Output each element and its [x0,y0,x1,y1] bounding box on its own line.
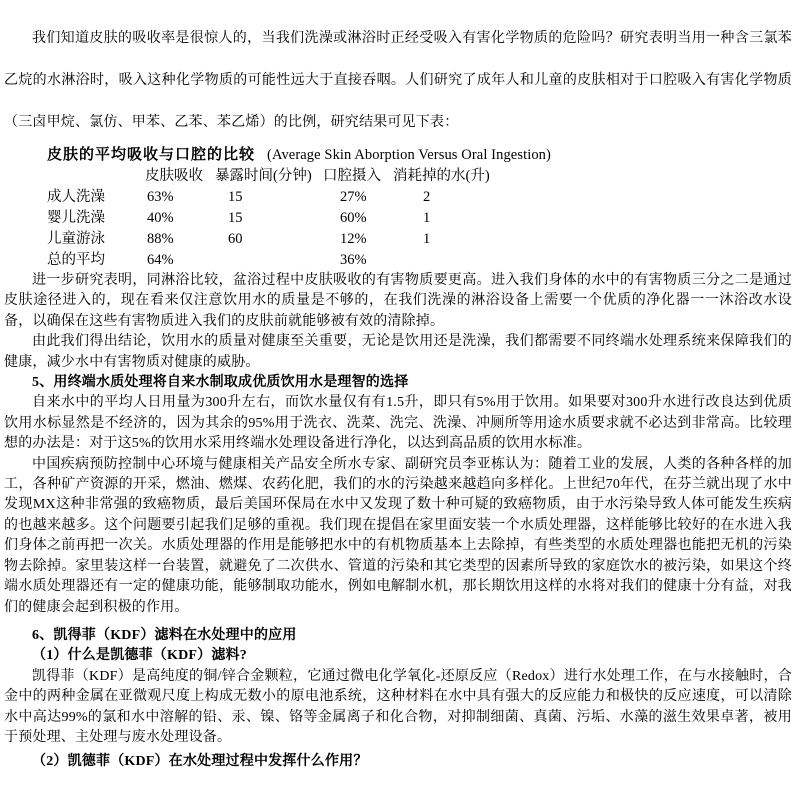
document-page: { "page": { "background_color": "#ffffff… [0,0,799,807]
table-header-exposure-time: 暴露时间(分钟) [215,166,323,187]
table-cell: 27% [323,187,393,208]
table-cell: 60% [323,208,393,229]
table-cell: 15 [215,208,323,229]
table-cell: 64% [145,250,215,271]
table-cell [393,250,510,271]
comparison-table: 皮肤的平均吸收与口腔的比较(Average Skin Aborption Ver… [47,144,792,271]
table-cell: 12% [323,229,393,250]
paragraph-conclusion: 由此我们得出结论，饮用水的质量对健康至关重要，无论是饮用还是洗澡，我们都需要不同… [4,332,792,373]
table-grid: 皮肤吸收 暴露时间(分钟) 口腔摄入 消耗掉的水(升) 成人洗澡 63% 15 … [47,166,792,271]
table-row-label: 婴儿洗澡 [47,208,145,229]
table-header-water-consumed: 消耗掉的水(升) [393,166,510,187]
paragraph-bath-vs-shower: 进一步研究表明，同淋浴比较，盆浴过程中皮肤吸收的有害物质要更高。进入我们身体的水… [4,271,792,332]
table-row-label: 总的平均 [47,250,145,271]
table-header-oral-ingestion: 口腔摄入 [323,166,393,187]
table-header-blank [47,166,145,187]
table-title-chinese: 皮肤的平均吸收与口腔的比较 [47,147,255,163]
table-cell: 40% [145,208,215,229]
table-cell [215,250,323,271]
table-cell: 63% [145,187,215,208]
paragraph-expert-opinion: 中国疾病预防控制中心环境与健康相关产品安全所水专家、副研究员李亚栋认为：随着工业… [4,455,792,618]
paragraph-kdf-description: 凯得菲（KDF）是高纯度的铜/锌合金颗粒，它通过微电化学氧化-还原反应（Redo… [4,667,792,749]
paragraph-daily-water-usage: 自来水中的平均人日用量为300升左右，而饮水量仅有有1.5升，即只有5%用于饮用… [4,393,792,454]
table-cell: 88% [145,229,215,250]
heading-section-5: 5、用终端水质处理将自来水制取成优质饮用水是理智的选择 [4,373,792,393]
table-cell: 1 [393,208,510,229]
table-cell: 60 [215,229,323,250]
heading-what-is-kdf: （1）什么是凯德菲（KDF）滤料? [4,646,792,666]
table-title: 皮肤的平均吸收与口腔的比较(Average Skin Aborption Ver… [47,144,792,166]
table-title-english: (Average Skin Aborption Versus Oral Inge… [267,147,551,163]
table-cell: 1 [393,229,510,250]
heading-section-6: 6、凯得菲（KDF）滤料在水处理中的应用 [4,626,792,646]
heading-kdf-function: （2）凯德菲（KDF）在水处理过程中发挥什么作用？ [4,752,792,772]
table-cell: 36% [323,250,393,271]
table-row-label: 儿童游泳 [47,229,145,250]
table-cell: 15 [215,187,323,208]
paragraph-skin-absorption-intro: 我们知道皮肤的吸收率是很惊人的，当我们洗澡或淋浴时正经受吸入有害化学物质的危险吗… [4,18,792,144]
table-header-skin-absorption: 皮肤吸收 [145,166,215,187]
document-body: 我们知道皮肤的吸收率是很惊人的，当我们洗澡或淋浴时正经受吸入有害化学物质的危险吗… [0,0,799,807]
table-row-label: 成人洗澡 [47,187,145,208]
table-cell: 2 [393,187,510,208]
